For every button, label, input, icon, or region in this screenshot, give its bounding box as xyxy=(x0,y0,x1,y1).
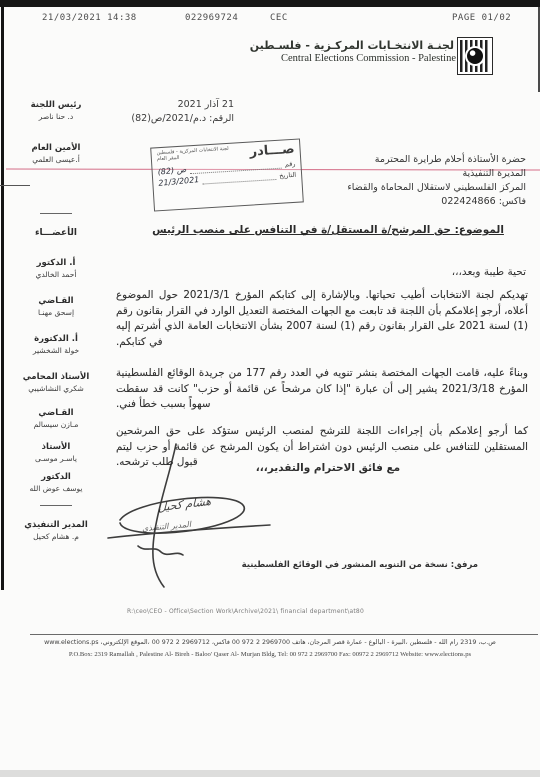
greeting-line: تحية طيبة وبعد،،، xyxy=(326,266,526,278)
letter-date: 21 آذار 2021 xyxy=(114,99,234,110)
scan-top-black-bar xyxy=(0,0,540,7)
fax-page-count: PAGE 01/02 xyxy=(452,13,511,23)
attachment-note: مرفق: نسخة من التنويه المنشور في الوقائع… xyxy=(218,560,478,570)
addressee-name: حضرة الأستاذة أحلام طرايرة المحترمة xyxy=(266,153,526,167)
member-entry: أ. الدكتور أحمد الخالدي xyxy=(4,258,108,279)
member-entry: الأستاذ ياسـر موسـى xyxy=(4,442,108,463)
addressee-organization: المركز الفلسطيني لاستقلال المحاماة والقض… xyxy=(266,181,526,195)
subject-line: الموضوع: حق المرشح/ة المستقل/ة في التناف… xyxy=(128,224,528,236)
member-entry: الأستاذ المحامي شكري النشاشيبي xyxy=(4,372,108,393)
member-entry: القـاضي مـازن سيسالم xyxy=(4,408,108,429)
footer-address-english: P.O.Box: 2319 Ramallah , Palestine Al- B… xyxy=(4,651,536,658)
stamp-org-small: لجنة الانتخابات المركزية - فلسطين المقر … xyxy=(156,146,229,162)
org-name-english: Central Elections Commission - Palestine xyxy=(186,53,456,64)
cec-logo-icon xyxy=(457,37,493,75)
body-paragraph-1: تهديكم لجنة الانتخابات أطيب تحياتها. وبا… xyxy=(116,288,528,350)
stamp-dept-text: المقر العام xyxy=(157,155,180,162)
members-header: الأعضـــاء xyxy=(4,228,108,238)
member-title: أ. الدكتورة xyxy=(4,334,108,344)
fax-number: 022969724 xyxy=(185,13,238,23)
chairman-name: د. حنا ناصر xyxy=(4,112,108,121)
addressee-block: حضرة الأستاذة أحلام طرايرة المحترمة المد… xyxy=(266,153,526,209)
scan-bottom-band xyxy=(0,770,540,777)
body-paragraph-2: وبناءً عليه، قامت الجهات المختصة بنشر تن… xyxy=(116,366,528,413)
scan-left-dash-artifact xyxy=(0,185,30,186)
member-entry: القـاضي إسحق مهنـا xyxy=(4,296,108,317)
member-name: أحمد الخالدي xyxy=(4,270,108,279)
letter-ref-number: الرقم: د.م/2021/ص(82) xyxy=(114,113,234,124)
chairman-title: رئيس اللجنة xyxy=(4,100,108,110)
member-title: الدكتور xyxy=(4,472,108,482)
sidebar-chairman: رئيس اللجنة د. حنا ناصر xyxy=(4,100,108,121)
stamp-date-handwritten: 21/3/2021 xyxy=(158,175,200,188)
logo-ballot-ball xyxy=(467,48,483,64)
member-title: أ. الدكتور xyxy=(4,258,108,268)
member-entry: أ. الدكتورة خولة الشخشير xyxy=(4,334,108,355)
sidebar-secretary-general: الأمين العام أ.عيسى العلمي xyxy=(4,143,108,164)
fax-datetime: 21/03/2021 14:38 xyxy=(42,13,137,23)
footer-address-arabic: ص.ب، 2319 رام الله - فلسطين ،البيرة - ال… xyxy=(4,639,536,646)
member-name: يوسف عوض الله xyxy=(4,484,108,493)
member-title: القـاضي xyxy=(4,296,108,306)
member-title: الأستاذ xyxy=(4,442,108,452)
member-title: القـاضي xyxy=(4,408,108,418)
fax-header: 21/03/2021 14:38 022969724 CEC PAGE 01/0… xyxy=(0,13,540,27)
fax-scanned-letter: 21/03/2021 14:38 022969724 CEC PAGE 01/0… xyxy=(0,0,540,777)
sidebar-ceo: المدير التنفيذي م. هشام كحيل xyxy=(4,520,108,541)
fax-station-id: CEC xyxy=(270,13,288,23)
member-entry: الدكتور يوسف عوض الله xyxy=(4,472,108,493)
member-name: خولة الشخشير xyxy=(4,346,108,355)
stamp-number-handwritten: ص (82) xyxy=(157,165,186,177)
footer-rule xyxy=(30,634,538,635)
member-title: الأستاذ المحامي xyxy=(4,372,108,382)
sidebar-divider xyxy=(40,213,72,214)
ceo-title: المدير التنفيذي xyxy=(4,520,108,530)
member-name: إسحق مهنـا xyxy=(4,308,108,317)
ceo-name: م. هشام كحيل xyxy=(4,532,108,541)
member-name: ياسـر موسـى xyxy=(4,454,108,463)
org-name-arabic: لجنـة الانتخـابات المركـزية - فلسـطين xyxy=(194,39,454,52)
member-name: مـازن سيسالم xyxy=(4,420,108,429)
letter-meta: 21 آذار 2021 الرقم: د.م/2021/ص(82) xyxy=(114,99,234,124)
addressee-fax: فاكس: 022424866 xyxy=(266,195,526,209)
addressee-title: المديرة التنفيذية xyxy=(266,167,526,181)
member-name: شكري النشاشيبي xyxy=(4,384,108,393)
sg-title: الأمين العام xyxy=(4,143,108,153)
sidebar-divider xyxy=(40,505,72,506)
document-file-path: R:\ceo\CEO - Office\Section Work\Archive… xyxy=(127,608,364,615)
sg-name: أ.عيسى العلمي xyxy=(4,155,108,164)
